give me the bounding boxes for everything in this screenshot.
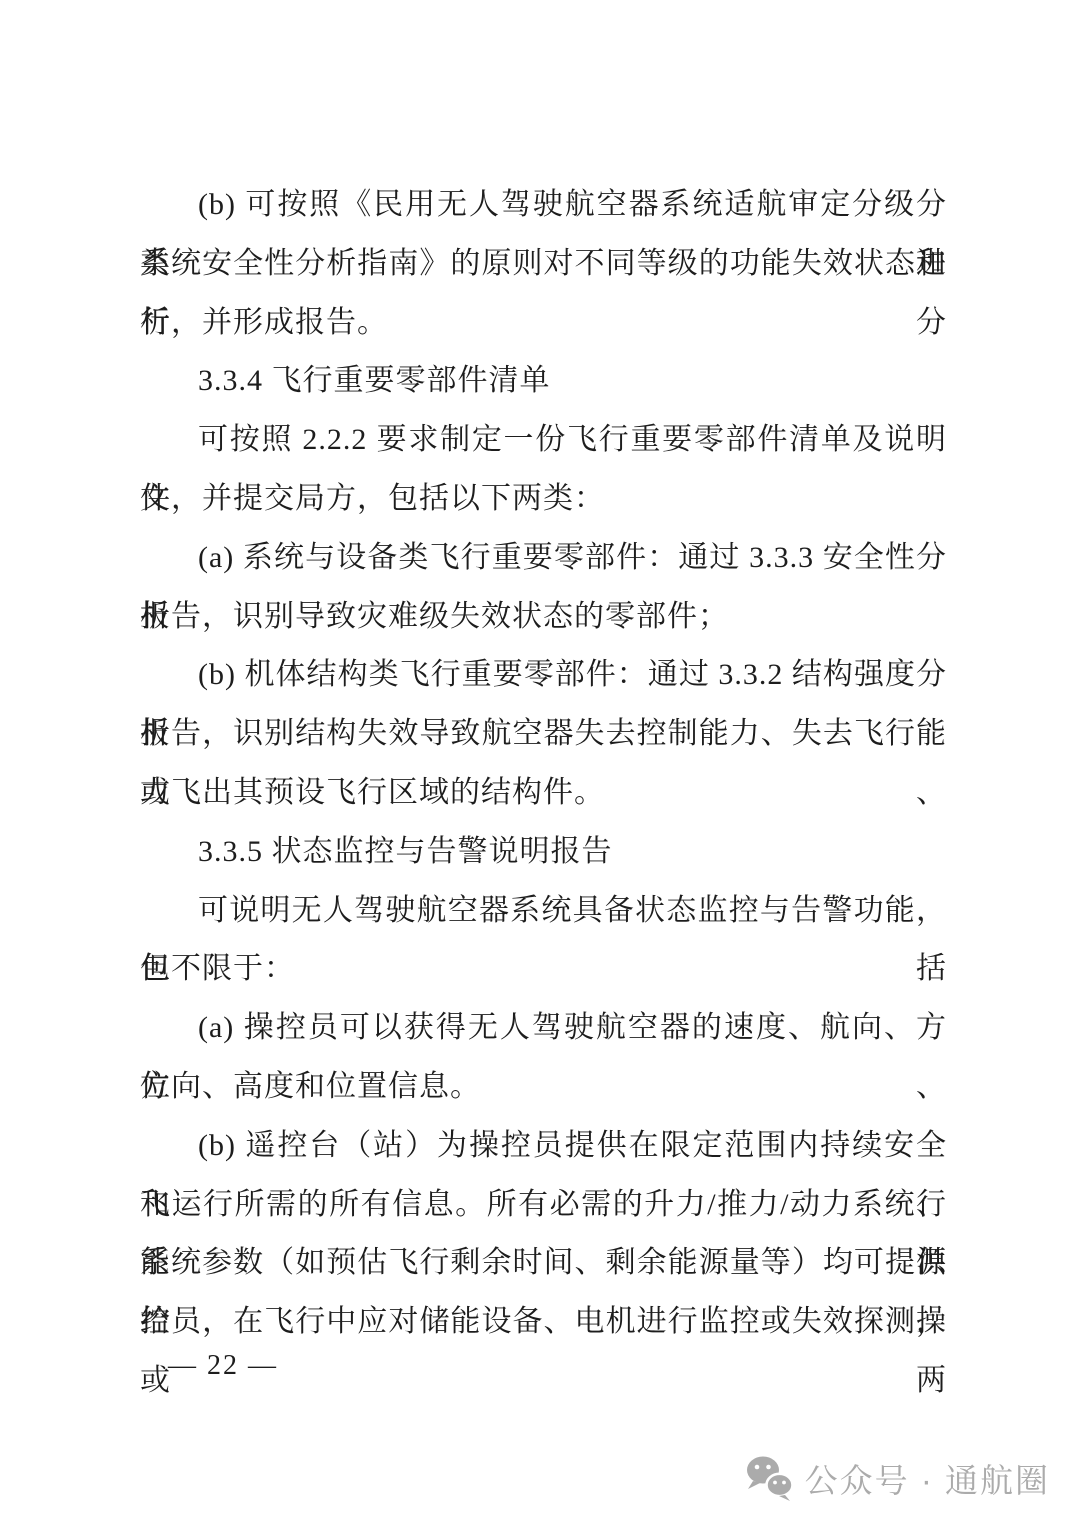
text-line: 件，并提交局方，包括以下两类： <box>140 470 947 529</box>
text-line: 控员，在飞行中应对储能设备、电机进行监控或失效探测，或两 <box>140 1293 947 1352</box>
text-line: 和运行所需的所有信息。所有必需的升力/推力/动力系统、能源 <box>140 1176 947 1235</box>
text-line: (a) 系统与设备类飞行重要零部件：通过 3.3.3 安全性分析 <box>140 529 947 588</box>
watermark-label: 公众号 · 通航圈 <box>805 1455 1050 1502</box>
text-line: (b) 遥控台（站）为操控员提供在限定范围内持续安全飞行 <box>140 1117 947 1176</box>
document-body: (b) 可按照《民用无人驾驶航空器系统适航审定分级分类和 系统安全性分析指南》的… <box>140 176 947 1352</box>
section-heading-334: 3.3.4 飞行重要零部件清单 <box>140 352 947 411</box>
watermark: 公众号 · 通航圈 <box>744 1454 1050 1502</box>
text-line: 系统安全性分析指南》的原则对不同等级的功能失效状态进行分 <box>140 235 947 294</box>
text-line: (a) 操控员可以获得无人驾驶航空器的速度、航向、方位、 <box>140 999 947 1058</box>
text-line: (b) 可按照《民用无人驾驶航空器系统适航审定分级分类和 <box>140 176 947 235</box>
text-line: (b) 机体结构类飞行重要零部件：通过 3.3.2 结构强度分析 <box>140 646 947 705</box>
text-line: 可按照 2.2.2 要求制定一份飞行重要零部件清单及说明文 <box>140 411 947 470</box>
document-page: (b) 可按照《民用无人驾驶航空器系统适航审定分级分类和 系统安全性分析指南》的… <box>0 0 1080 1526</box>
page-number: — 22 — <box>168 1350 278 1382</box>
text-line: 可说明无人驾驶航空器系统具备状态监控与告警功能，包括 <box>140 882 947 941</box>
wechat-icon <box>744 1454 796 1502</box>
text-line: 报告，识别结构失效导致航空器失去控制能力、失去飞行能力、 <box>140 705 947 764</box>
text-line: 系统参数（如预估飞行剩余时间、剩余能源量等）均可提供给操 <box>140 1234 947 1293</box>
section-heading-335: 3.3.5 状态监控与告警说明报告 <box>140 823 947 882</box>
text-line: 报告，识别导致灾难级失效状态的零部件； <box>140 588 947 647</box>
